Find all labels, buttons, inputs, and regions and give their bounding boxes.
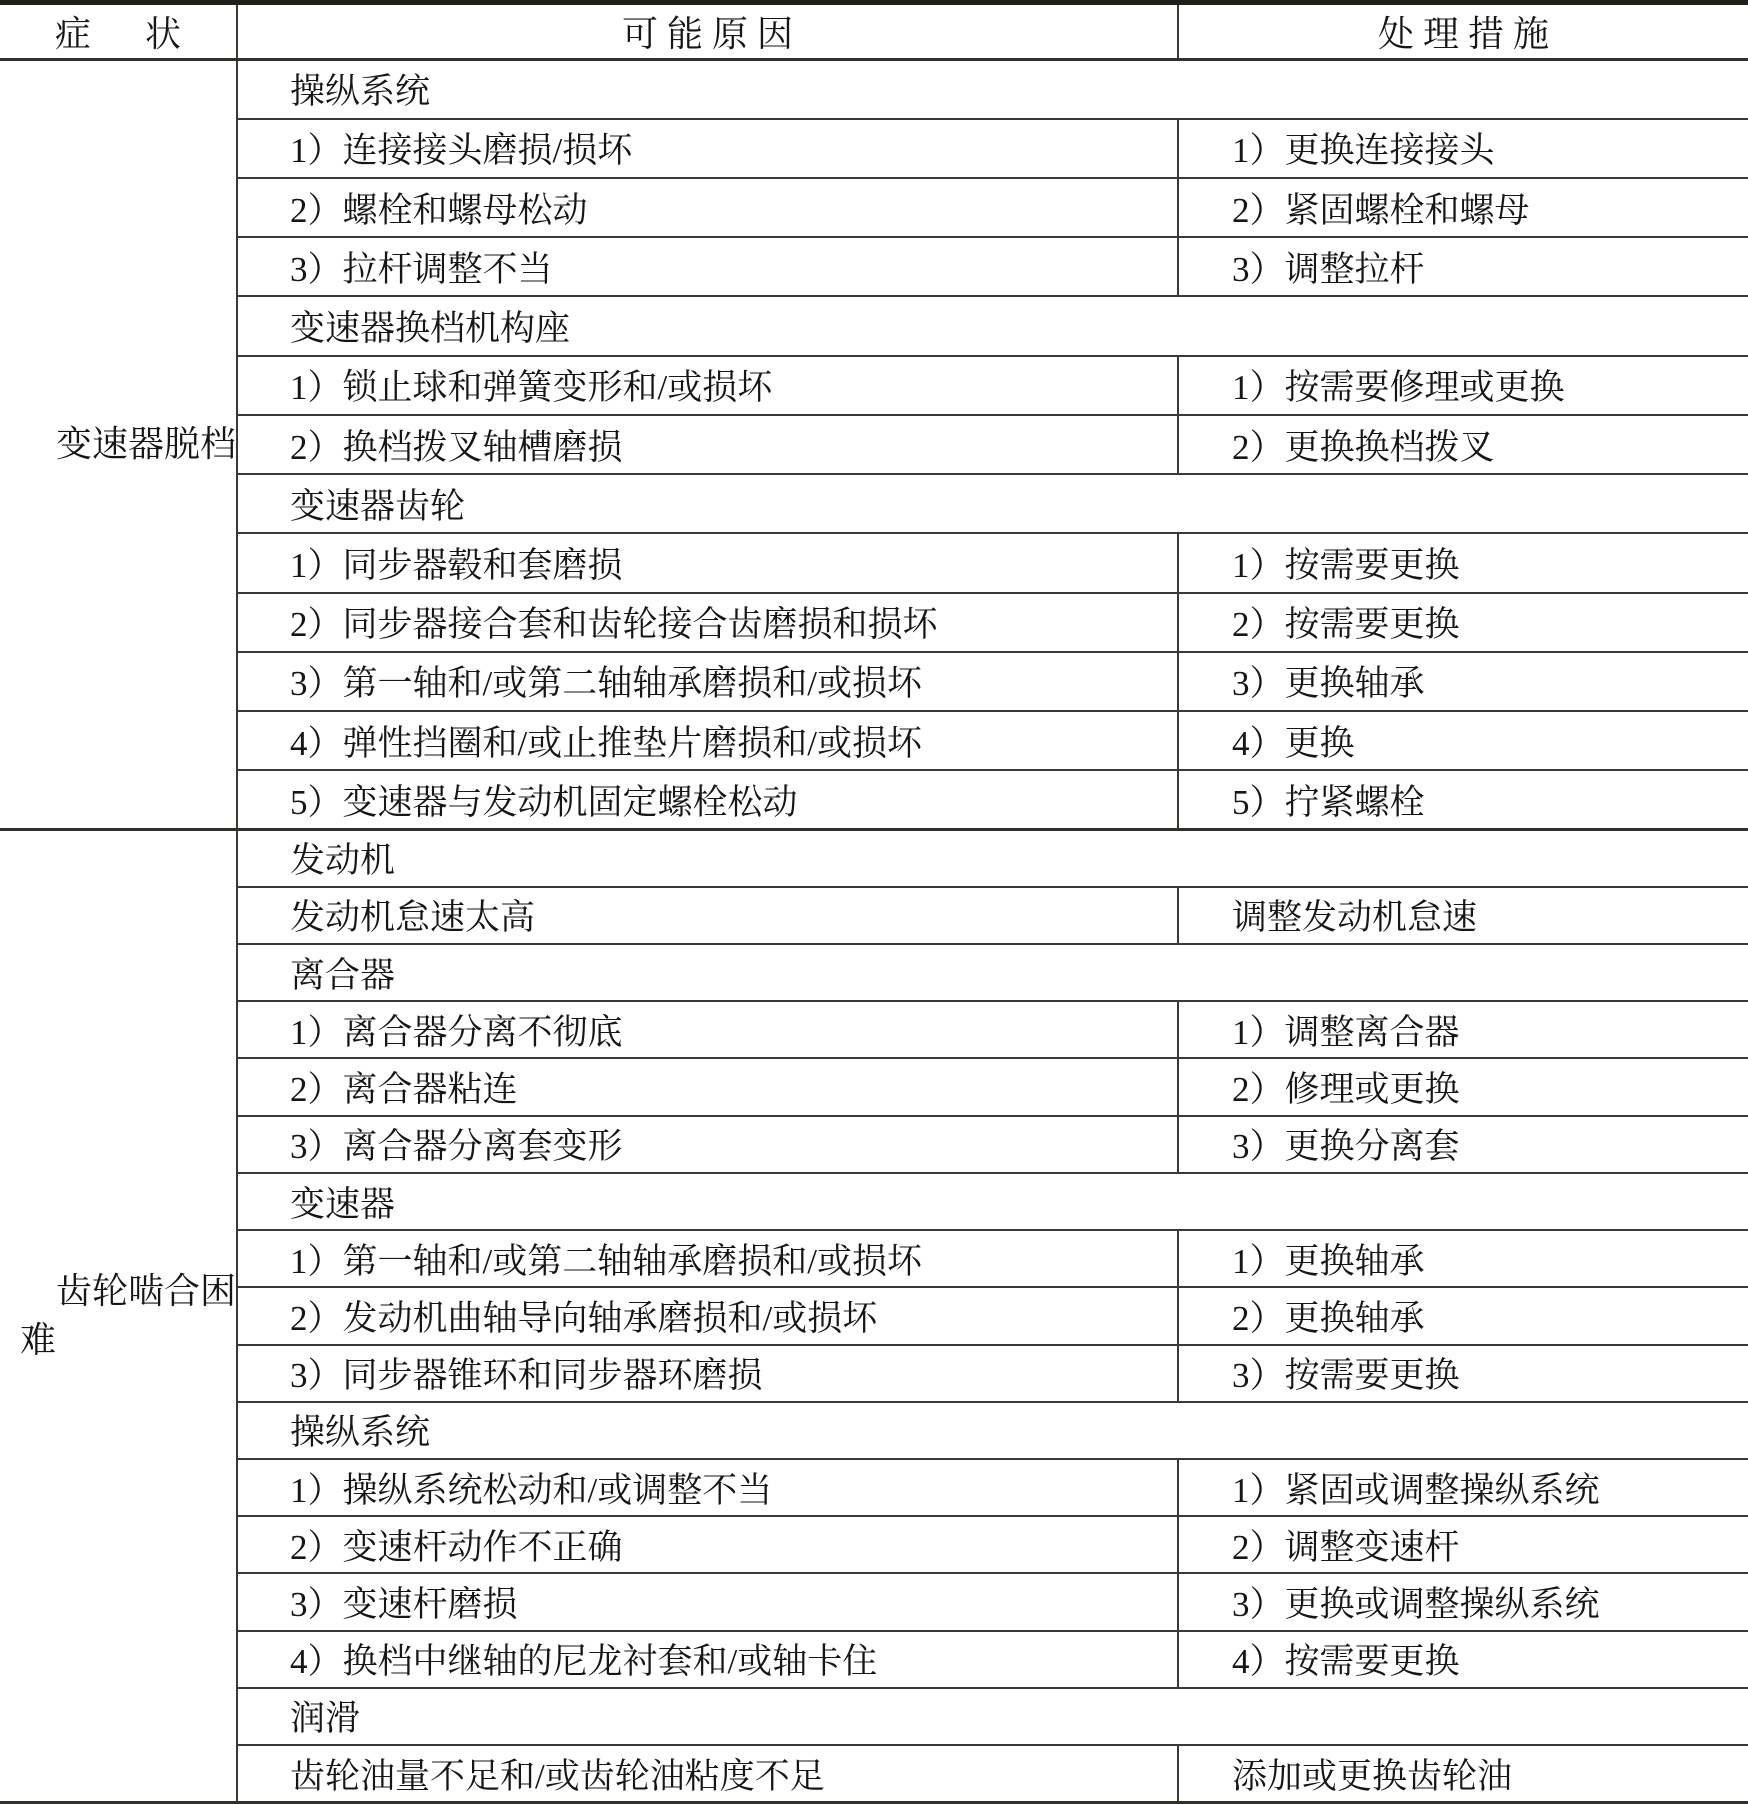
cause-cell: 4）换档中继轴的尼龙衬套和/或轴卡住: [237, 1631, 1178, 1688]
table-row: 齿轮油量不足和/或齿轮油粘度不足 添加或更换齿轮油: [0, 1745, 1748, 1802]
table-row: 齿轮啮合困难 发动机: [0, 830, 1748, 887]
cause-category-cell: 变速器齿轮: [237, 474, 1748, 533]
table-row: 操纵系统: [0, 1402, 1748, 1459]
cause-category-cell: 润滑: [237, 1688, 1748, 1745]
symptom-cell: 齿轮啮合困难: [0, 830, 237, 1803]
action-cell: 4）更换: [1178, 711, 1748, 770]
table-row: 2）离合器粘连 2）修理或更换: [0, 1058, 1748, 1115]
table-row: 3）拉杆调整不当 3）调整拉杆: [0, 237, 1748, 296]
cause-cell: 2）变速杆动作不正确: [237, 1516, 1178, 1573]
action-cell: 1）紧固或调整操纵系统: [1178, 1459, 1748, 1516]
cause-cell: 2）发动机曲轴导向轴承磨损和/或损坏: [237, 1287, 1178, 1344]
table-row: 1）连接接头磨损/损坏 1）更换连接接头: [0, 119, 1748, 178]
action-cell: 2）更换换档拨叉: [1178, 415, 1748, 474]
table-row: 变速器: [0, 1173, 1748, 1230]
table-row: 1）第一轴和/或第二轴轴承磨损和/或损坏 1）更换轴承: [0, 1230, 1748, 1287]
table-row: 5）变速器与发动机固定螺栓松动 5）拧紧螺栓: [0, 770, 1748, 829]
section-gear-meshing-difficulty: 齿轮啮合困难 发动机 发动机怠速太高 调整发动机怠速 离合器 1）离合器分离不彻…: [0, 830, 1748, 1803]
action-cell: 3）更换分离套: [1178, 1116, 1748, 1173]
cause-category-cell: 操纵系统: [237, 60, 1748, 119]
table-row: 4）换档中继轴的尼龙衬套和/或轴卡住 4）按需要更换: [0, 1631, 1748, 1688]
table-row: 3）离合器分离套变形 3）更换分离套: [0, 1116, 1748, 1173]
action-cell: 1）调整离合器: [1178, 1001, 1748, 1058]
table-row: 变速器脱档 操纵系统: [0, 60, 1748, 119]
cause-cell: 3）第一轴和/或第二轴轴承磨损和/或损坏: [237, 652, 1178, 711]
cause-category-cell: 变速器换档机构座: [237, 296, 1748, 355]
action-cell: 2）紧固螺栓和螺母: [1178, 178, 1748, 237]
table-row: 变速器齿轮: [0, 474, 1748, 533]
cause-cell: 3）同步器锥环和同步器环磨损: [237, 1345, 1178, 1402]
table-row: 2）同步器接合套和齿轮接合齿磨损和损坏 2）按需要更换: [0, 593, 1748, 652]
table-header-row: 症 状 可 能 原 因 处 理 措 施: [0, 3, 1748, 60]
table-row: 3）变速杆磨损 3）更换或调整操纵系统: [0, 1573, 1748, 1630]
table-row: 3）同步器锥环和同步器环磨损 3）按需要更换: [0, 1345, 1748, 1402]
column-header-symptom: 症 状: [0, 3, 237, 60]
cause-cell: 3）拉杆调整不当: [237, 237, 1178, 296]
cause-cell: 2）同步器接合套和齿轮接合齿磨损和损坏: [237, 593, 1178, 652]
table-row: 离合器: [0, 944, 1748, 1001]
column-header-action: 处 理 措 施: [1178, 3, 1748, 60]
cause-cell: 1）同步器毂和套磨损: [237, 533, 1178, 592]
table-row: 2）螺栓和螺母松动 2）紧固螺栓和螺母: [0, 178, 1748, 237]
cause-cell: 1）离合器分离不彻底: [237, 1001, 1178, 1058]
cause-cell: 齿轮油量不足和/或齿轮油粘度不足: [237, 1745, 1178, 1802]
action-cell: 3）调整拉杆: [1178, 237, 1748, 296]
cause-cell: 2）离合器粘连: [237, 1058, 1178, 1115]
cause-cell: 2）螺栓和螺母松动: [237, 178, 1178, 237]
action-cell: 3）更换或调整操纵系统: [1178, 1573, 1748, 1630]
cause-cell: 1）连接接头磨损/损坏: [237, 119, 1178, 178]
table-row: 3）第一轴和/或第二轴轴承磨损和/或损坏 3）更换轴承: [0, 652, 1748, 711]
table-row: 1）离合器分离不彻底 1）调整离合器: [0, 1001, 1748, 1058]
cause-category-cell: 操纵系统: [237, 1402, 1748, 1459]
cause-cell: 1）第一轴和/或第二轴轴承磨损和/或损坏: [237, 1230, 1178, 1287]
action-cell: 2）修理或更换: [1178, 1058, 1748, 1115]
table-row: 润滑: [0, 1688, 1748, 1745]
table-row: 2）变速杆动作不正确 2）调整变速杆: [0, 1516, 1748, 1573]
action-cell: 1）更换连接接头: [1178, 119, 1748, 178]
action-cell: 1）按需要更换: [1178, 533, 1748, 592]
cause-cell: 3）离合器分离套变形: [237, 1116, 1178, 1173]
section-transmission-slips-out-of-gear: 变速器脱档 操纵系统 1）连接接头磨损/损坏 1）更换连接接头 2）螺栓和螺母松…: [0, 60, 1748, 830]
action-cell: 4）按需要更换: [1178, 1631, 1748, 1688]
table-row: 1）锁止球和弹簧变形和/或损坏 1）按需要修理或更换: [0, 356, 1748, 415]
cause-cell: 4）弹性挡圈和/或止推垫片磨损和/或损坏: [237, 711, 1178, 770]
action-cell: 2）按需要更换: [1178, 593, 1748, 652]
table-row: 变速器换档机构座: [0, 296, 1748, 355]
action-cell: 添加或更换齿轮油: [1178, 1745, 1748, 1802]
table-row: 2）换档拨叉轴槽磨损 2）更换换档拨叉: [0, 415, 1748, 474]
action-cell: 调整发动机怠速: [1178, 887, 1748, 944]
action-cell: 2）更换轴承: [1178, 1287, 1748, 1344]
table-row: 4）弹性挡圈和/或止推垫片磨损和/或损坏 4）更换: [0, 711, 1748, 770]
cause-category-cell: 离合器: [237, 944, 1748, 1001]
table-row: 1）同步器毂和套磨损 1）按需要更换: [0, 533, 1748, 592]
action-cell: 2）调整变速杆: [1178, 1516, 1748, 1573]
action-cell: 1）更换轴承: [1178, 1230, 1748, 1287]
cause-cell: 1）操纵系统松动和/或调整不当: [237, 1459, 1178, 1516]
cause-cell: 发动机怠速太高: [237, 887, 1178, 944]
cause-category-cell: 发动机: [237, 830, 1748, 887]
action-cell: 1）按需要修理或更换: [1178, 356, 1748, 415]
action-cell: 3）按需要更换: [1178, 1345, 1748, 1402]
scanned-page: 症 状 可 能 原 因 处 理 措 施 变速器脱档 操纵系统 1）连接接头磨损/…: [0, 0, 1748, 1804]
cause-cell: 3）变速杆磨损: [237, 1573, 1178, 1630]
cause-cell: 2）换档拨叉轴槽磨损: [237, 415, 1178, 474]
cause-category-cell: 变速器: [237, 1173, 1748, 1230]
column-header-cause: 可 能 原 因: [237, 3, 1178, 60]
table-row: 1）操纵系统松动和/或调整不当 1）紧固或调整操纵系统: [0, 1459, 1748, 1516]
action-cell: 3）更换轴承: [1178, 652, 1748, 711]
cause-cell: 5）变速器与发动机固定螺栓松动: [237, 770, 1178, 829]
table-row: 发动机怠速太高 调整发动机怠速: [0, 887, 1748, 944]
action-cell: 5）拧紧螺栓: [1178, 770, 1748, 829]
cause-cell: 1）锁止球和弹簧变形和/或损坏: [237, 356, 1178, 415]
table-row: 2）发动机曲轴导向轴承磨损和/或损坏 2）更换轴承: [0, 1287, 1748, 1344]
symptom-cell: 变速器脱档: [0, 60, 237, 830]
troubleshooting-table: 症 状 可 能 原 因 处 理 措 施 变速器脱档 操纵系统 1）连接接头磨损/…: [0, 0, 1748, 1804]
